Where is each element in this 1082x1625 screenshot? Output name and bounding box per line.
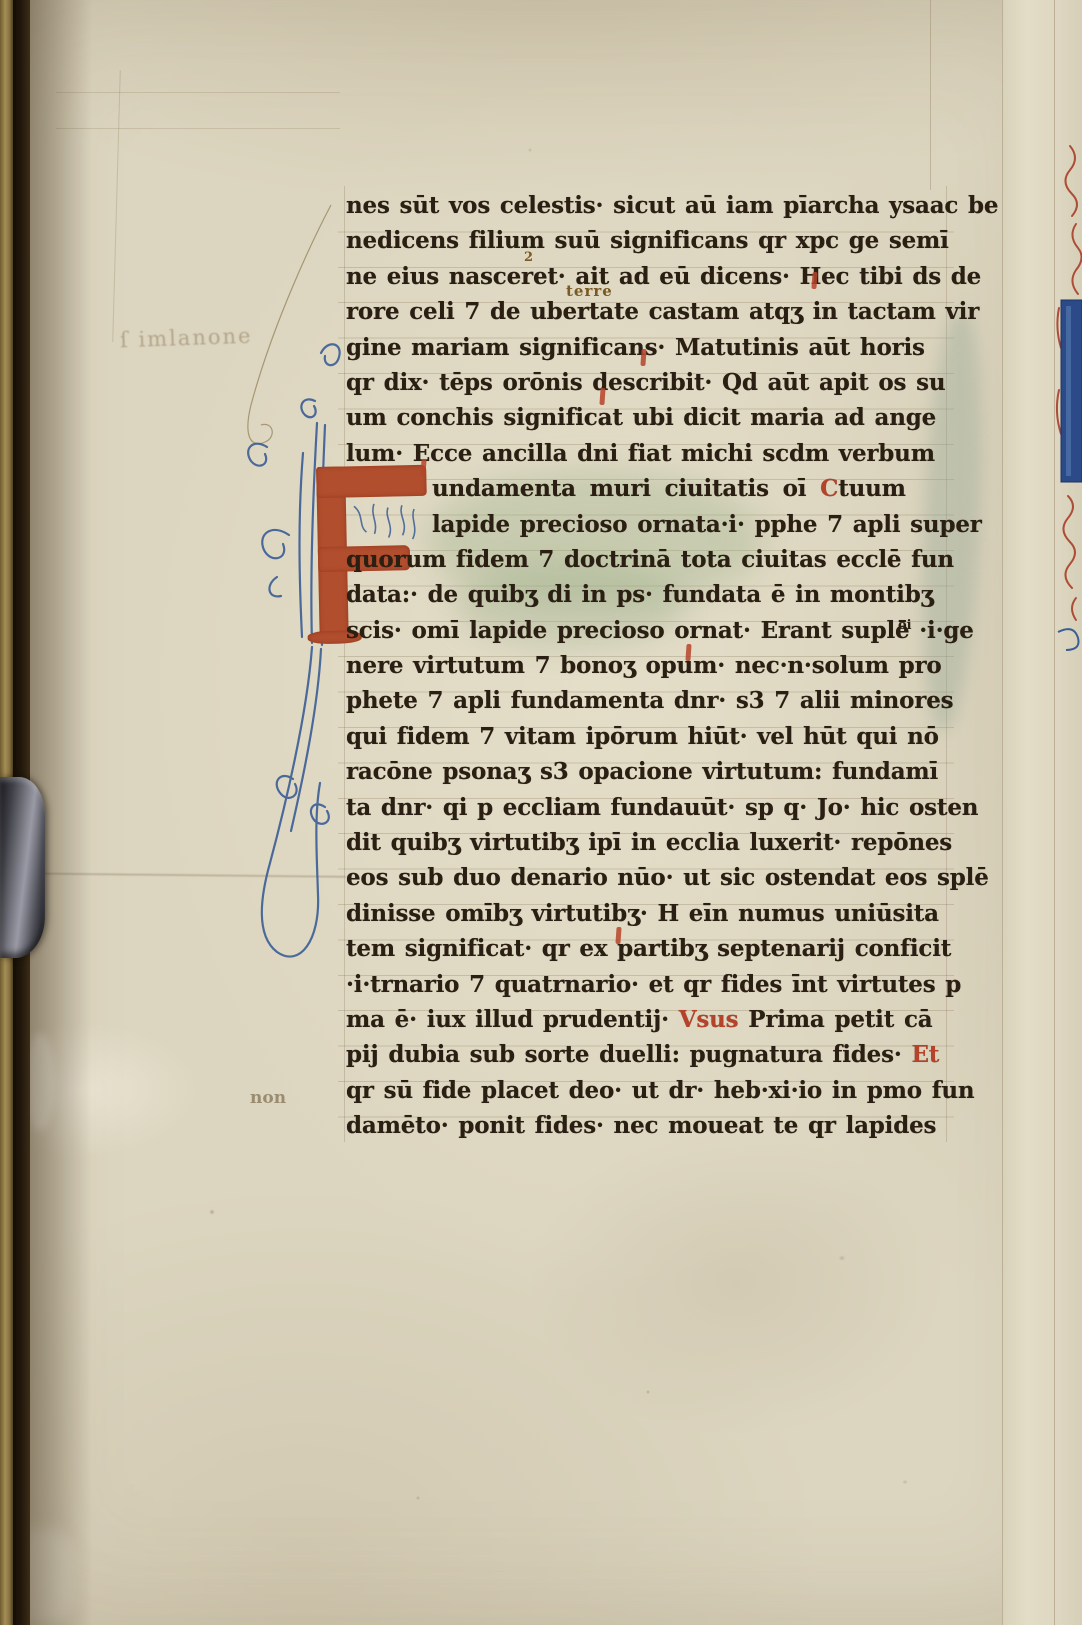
line-text: data:· de quibʒ di in ps· fundata ē in m… xyxy=(346,581,933,608)
metal-clip xyxy=(0,777,45,958)
rubric-text: Et xyxy=(911,1041,939,1068)
line-text: um conchis significat ubi dicit maria ad… xyxy=(346,404,936,431)
text-line: quorum fidem 7 doctrinā tota ciuitas ecc… xyxy=(346,542,954,577)
text-line: tem significat· qr ex partibʒ septenarij… xyxy=(346,931,954,966)
line-text: ·i·trnario 7 quatrnario· et qr fides īnt… xyxy=(346,971,961,998)
line-text: tem significat· qr ex partibʒ septenarij… xyxy=(346,935,951,962)
facing-initial-blue-block xyxy=(1061,300,1082,482)
text-line: ma ē· iux illud prudentij· Vsus Prima pe… xyxy=(346,1002,954,1037)
text-line: gine mariam significans· Matutinis aūt h… xyxy=(346,330,954,365)
ruling-top-right xyxy=(930,0,931,190)
facing-page-edge-line xyxy=(1054,0,1055,1625)
line-text: dinisse omībʒ virtutibʒ· H eīn numus uni… xyxy=(346,900,939,927)
line-text: gine mariam significans· Matutinis aūt h… xyxy=(346,334,925,361)
text-line: pij dubia sub sorte duelli: pugnatura fi… xyxy=(346,1037,954,1072)
text-line: qr dix· tēps orōnis describit· Qd aūt ap… xyxy=(346,365,954,400)
text-line: rore celi 7 de ubertate castam atqʒ in t… xyxy=(346,294,954,329)
rubric-text: C xyxy=(820,475,838,502)
faint-margin-note: ſ imlanone xyxy=(120,324,253,353)
text-line: qui fidem 7 vitam ipōrum hiūt· vel hūt q… xyxy=(346,719,954,754)
line-text: rore celi 7 de ubertate castam atqʒ in t… xyxy=(346,298,979,325)
text-line: eos sub duo denario nūo· ut sic ostendat… xyxy=(346,860,954,895)
margin-note-non: non xyxy=(250,1088,286,1108)
margin-ruling-1 xyxy=(56,92,340,93)
line-text: qui fidem 7 vitam ipōrum hiūt· vel hūt q… xyxy=(346,723,939,750)
text-line: scis· omī lapide precioso ornat· Erant s… xyxy=(346,613,954,648)
margin-ruling-2 xyxy=(56,128,340,129)
text-line: ·i·trnario 7 quatrnario· et qr fides īnt… xyxy=(346,967,954,1002)
line-text: lapide precioso ornata·i· pphe 7 apli su… xyxy=(432,511,982,538)
text-block: nes sūt vos celestis· sicut aū iam pīarc… xyxy=(346,188,954,1144)
interlinear-terre: terre xyxy=(566,282,613,300)
interlinear-oi: oi xyxy=(898,618,912,633)
line-text: phete 7 apli fundamenta dnr· s3 7 alii m… xyxy=(346,687,953,714)
manuscript-photo: nes sūt vos celestis· sicut aū iam pīarc… xyxy=(0,0,1082,1625)
text-line: nes sūt vos celestis· sicut aū iam pīarc… xyxy=(346,188,954,223)
line-text: qr dix· tēps orōnis describit· Qd aūt ap… xyxy=(346,369,945,396)
text-line: um conchis significat ubi dicit maria ad… xyxy=(346,400,954,435)
text-line: racōne psonaʒ s3 opacione virtutum: fund… xyxy=(346,754,954,789)
line-text: lum· Ecce ancilla dni fiat michi scdm ve… xyxy=(346,440,935,467)
text-line: nere virtutum 7 bonoʒ opum· nec·n·solum … xyxy=(346,648,954,683)
line-text: ta dnr· qi p eccliam fundauūt· sp q· Jo·… xyxy=(346,794,978,821)
text-line: ta dnr· qi p eccliam fundauūt· sp q· Jo·… xyxy=(346,790,954,825)
text-line: undamenta muri ciuitatis oī Ctuum xyxy=(346,471,954,506)
line-text: nere virtutum 7 bonoʒ opum· nec·n·solum … xyxy=(346,652,942,679)
line-text: pij dubia sub sorte duelli: pugnatura fi… xyxy=(346,1041,911,1068)
line-text: Prima petit cā xyxy=(738,1006,932,1033)
text-line: dinisse omībʒ virtutibʒ· H eīn numus uni… xyxy=(346,896,954,931)
line-text: dit quibʒ virtutibʒ ipī in ecclia luxeri… xyxy=(346,829,952,856)
text-line: dit quibʒ virtutibʒ ipī in ecclia luxeri… xyxy=(346,825,954,860)
line-text: damēto· ponit fides· nec moueat te qr la… xyxy=(346,1112,936,1139)
line-text: racōne psonaʒ s3 opacione virtutum: fund… xyxy=(346,758,938,785)
line-text: undamenta muri ciuitatis oī xyxy=(432,475,820,502)
facing-page-decoration-icon xyxy=(1056,140,1082,660)
line-text: nes sūt vos celestis· sicut aū iam pīarc… xyxy=(346,192,998,219)
rubric-text: Vsus xyxy=(679,1006,739,1033)
text-line: nedicens filium suū significans qr xpc g… xyxy=(346,223,954,258)
text-line: phete 7 apli fundamenta dnr· s3 7 alii m… xyxy=(346,683,954,718)
text-line: ne eius nasceret· ait ad eū dicens· Hec … xyxy=(346,259,954,294)
text-line: damēto· ponit fides· nec moueat te qr la… xyxy=(346,1108,954,1143)
line-text: eos sub duo denario nūo· ut sic ostendat… xyxy=(346,864,989,891)
text-line: qr sū fide placet deo· ut dr· heb·xi·io … xyxy=(346,1073,954,1108)
line-text: nedicens filium suū significans qr xpc g… xyxy=(346,227,949,254)
text-line: data:· de quibʒ di in ps· fundata ē in m… xyxy=(346,577,954,612)
line-text: quorum fidem 7 doctrinā tota ciuitas ecc… xyxy=(346,546,954,573)
line-text: qr sū fide placet deo· ut dr· heb·xi·io … xyxy=(346,1077,974,1104)
text-line: lum· Ecce ancilla dni fiat michi scdm ve… xyxy=(346,436,954,471)
line-text: tuum xyxy=(838,475,906,502)
line-text: ma ē· iux illud prudentij· xyxy=(346,1006,679,1033)
line-text: scis· omī lapide precioso ornat· Erant s… xyxy=(346,617,974,644)
line-text: ne eius nasceret· ait ad eū dicens· Hec … xyxy=(346,263,981,290)
text-line: lapide precioso ornata·i· pphe 7 apli su… xyxy=(346,507,954,542)
interlinear-superscript: 2 xyxy=(524,250,533,265)
